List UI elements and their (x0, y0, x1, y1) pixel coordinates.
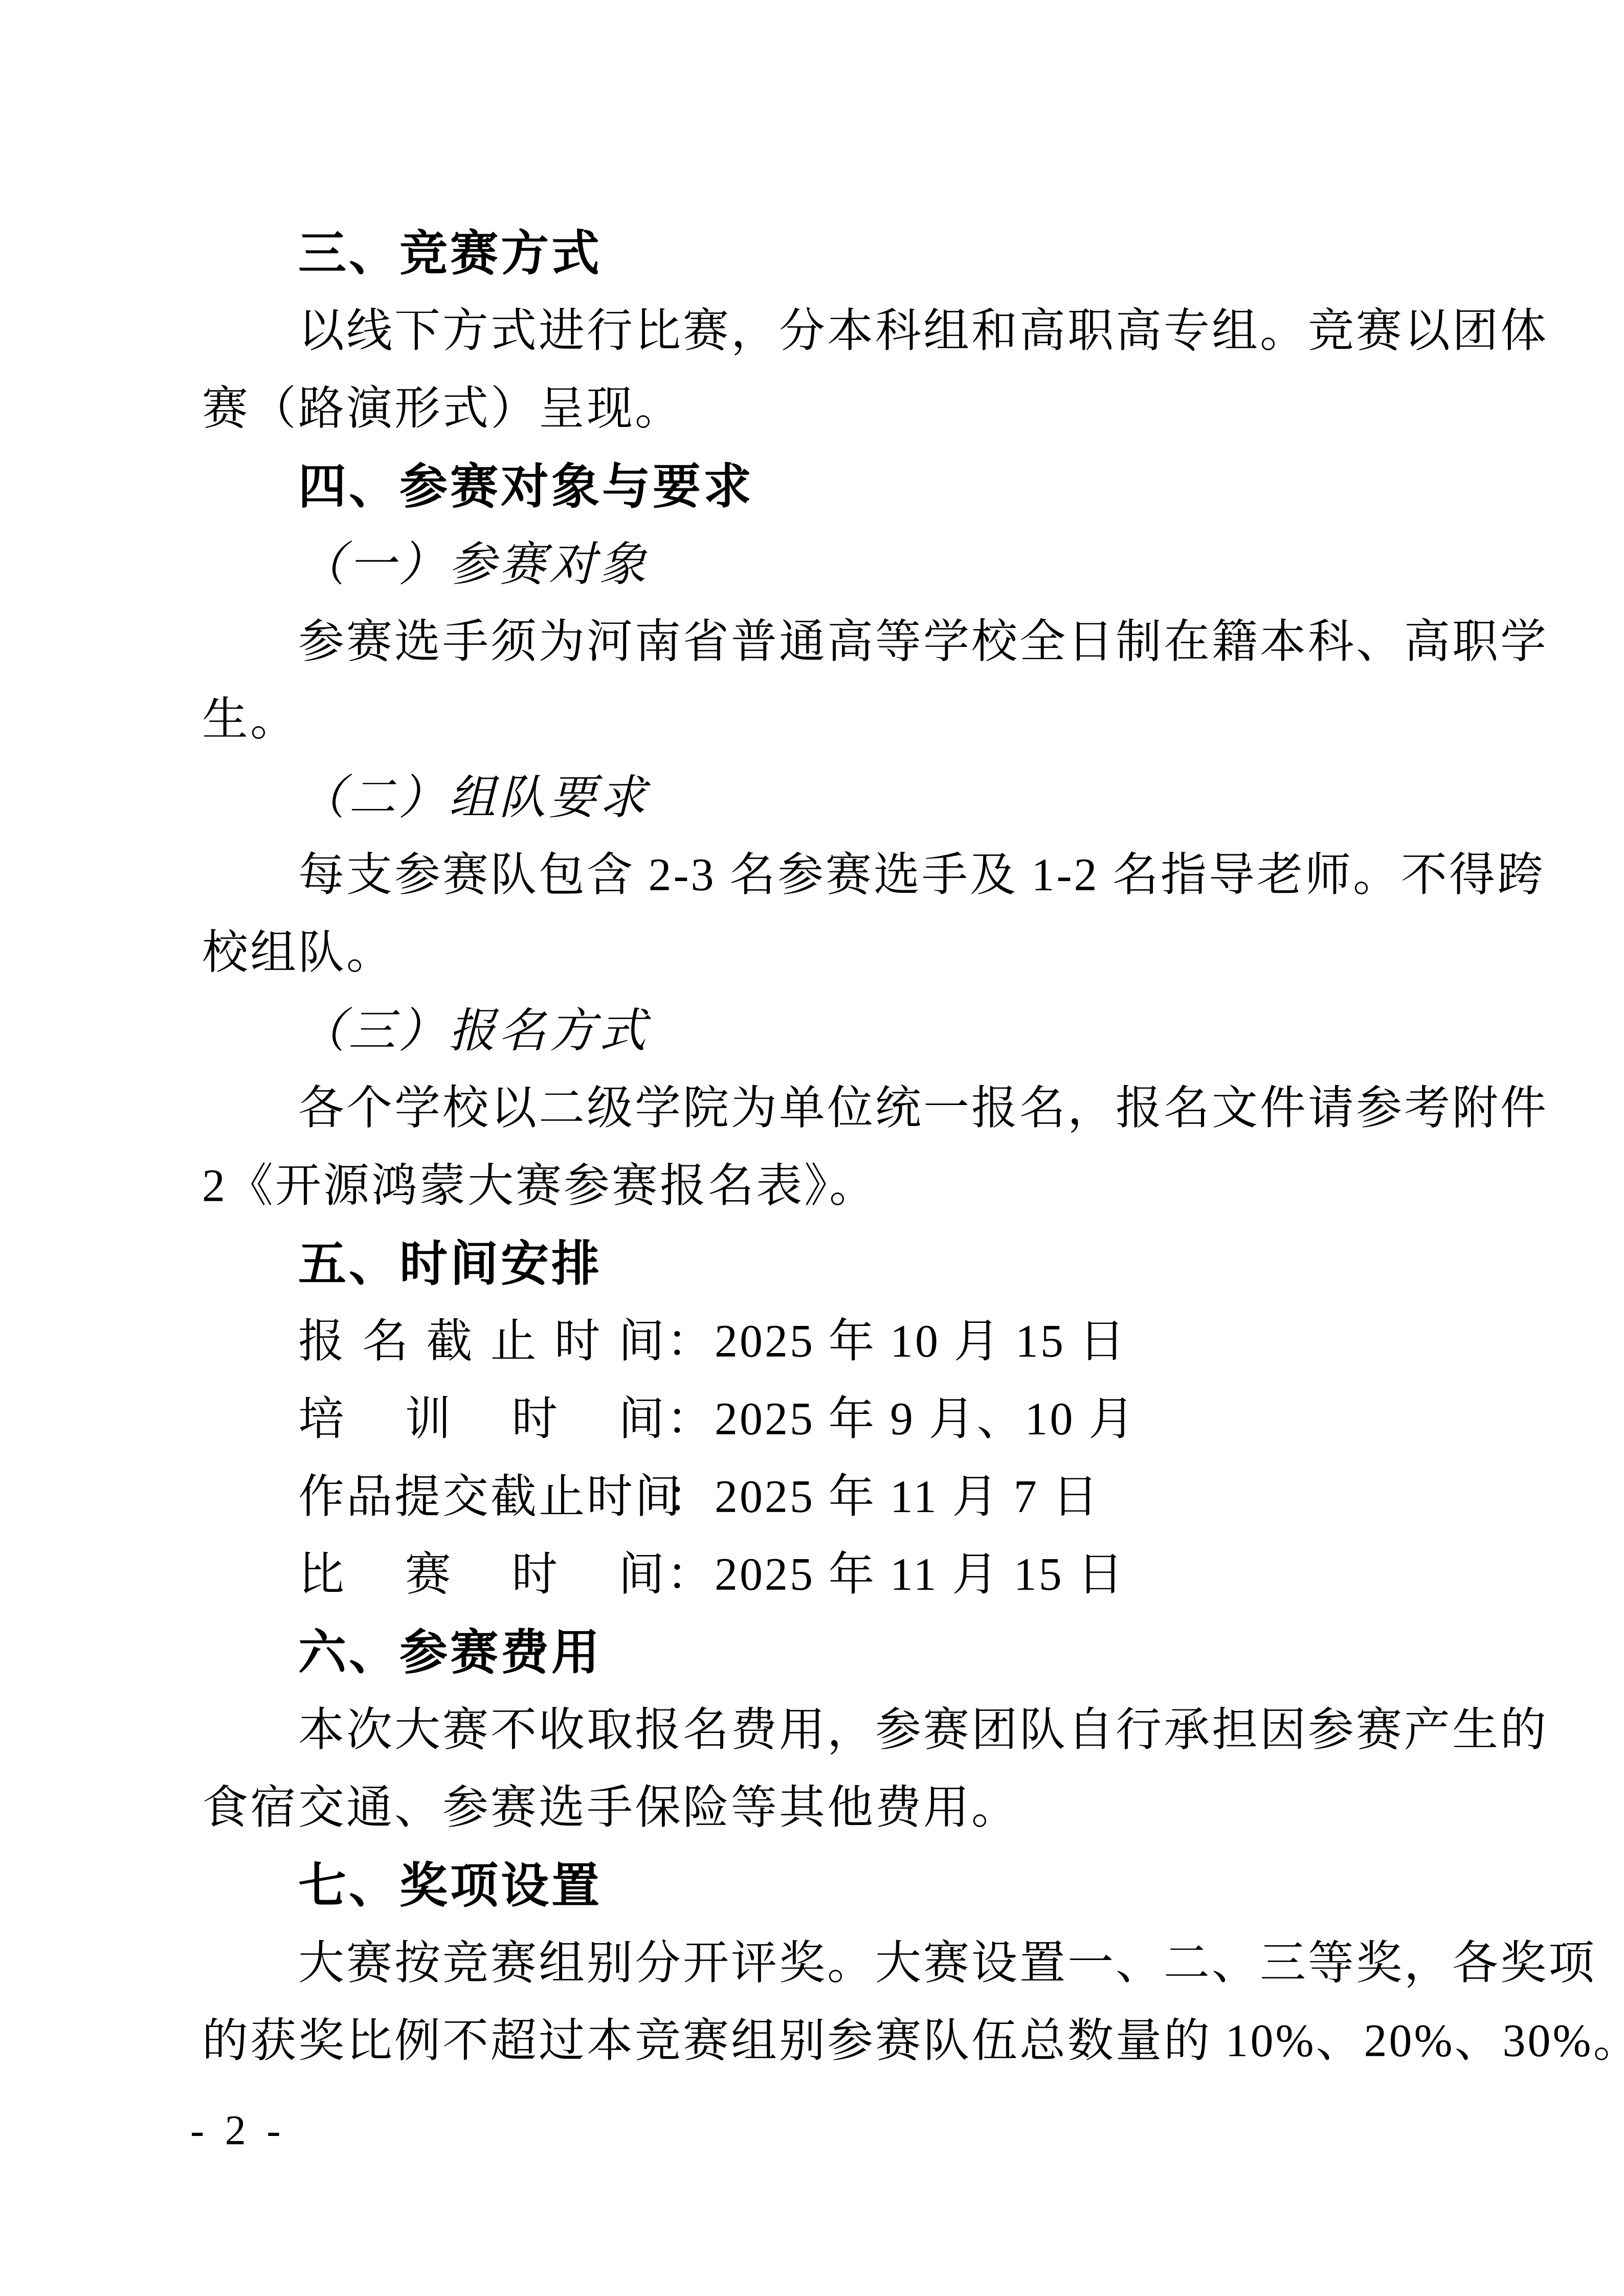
paragraph-line: 生。 (202, 681, 1481, 759)
document-page: 三、竞赛方式 以线下方式进行比赛，分本科组和高职高专组。竞赛以团体 赛（路演形式… (0, 0, 1624, 2296)
subsection-heading-4-1: （一）参赛对象 (202, 526, 1481, 603)
paragraph-line: 参赛选手须为河南省普通高等学校全日制在籍本科、高职学 (202, 603, 1481, 681)
schedule-label: 报名截止时间 (298, 1303, 666, 1381)
schedule-line-competition-time: 比赛时间：2025 年 11 月 15 日 (202, 1536, 1481, 1614)
paragraph-line: 大赛按竞赛组别分开评奖。大赛设置一、二、三等奖，各奖项 (202, 1925, 1481, 2002)
paragraph-line: 食宿交通、参赛选手保险等其他费用。 (202, 1769, 1481, 1847)
schedule-colon: ： (666, 1458, 715, 1536)
subsection-heading-4-3: （三）报名方式 (202, 992, 1481, 1070)
schedule-colon: ： (666, 1303, 715, 1381)
paragraph-line: 的获奖比例不超过本竞赛组别参赛队伍总数量的 10%、20%、30%。 (202, 2002, 1481, 2080)
schedule-value: 2025 年 11 月 7 日 (715, 1472, 1100, 1522)
paragraph-line: 2《开源鸿蒙大赛参赛报名表》。 (202, 1147, 1481, 1225)
paragraph-line: 本次大赛不收取报名费用，参赛团队自行承担因参赛产生的 (202, 1692, 1481, 1769)
paragraph-line: 校组队。 (202, 914, 1481, 992)
schedule-value: 2025 年 11 月 15 日 (715, 1549, 1125, 1600)
schedule-colon: ： (666, 1536, 715, 1614)
section-heading-3: 三、竞赛方式 (202, 215, 1481, 292)
subsection-heading-4-2: （二）组队要求 (202, 759, 1481, 837)
paragraph-line: 各个学校以二级学院为单位统一报名，报名文件请参考附件 (202, 1070, 1481, 1147)
section-heading-5: 五、时间安排 (202, 1225, 1481, 1303)
paragraph-line: 每支参赛队包含 2-3 名参赛选手及 1-2 名指导老师。不得跨 (202, 837, 1481, 914)
schedule-line-training-time: 培训时间：2025 年 9 月、10 月 (202, 1381, 1481, 1458)
section-heading-4: 四、参赛对象与要求 (202, 448, 1481, 526)
paragraph-line: 以线下方式进行比赛，分本科组和高职高专组。竞赛以团体 (202, 292, 1481, 370)
schedule-label: 比赛时间 (298, 1536, 666, 1614)
schedule-label: 作品提交截止时间 (298, 1458, 666, 1536)
schedule-value: 2025 年 9 月、10 月 (715, 1394, 1137, 1445)
paragraph-line: 赛（路演形式）呈现。 (202, 370, 1481, 448)
section-heading-6: 六、参赛费用 (202, 1614, 1481, 1692)
schedule-colon: ： (666, 1381, 715, 1458)
schedule-line-submission-deadline: 作品提交截止时间：2025 年 11 月 7 日 (202, 1458, 1481, 1536)
section-heading-7: 七、奖项设置 (202, 1847, 1481, 1925)
document-body: 三、竞赛方式 以线下方式进行比赛，分本科组和高职高专组。竞赛以团体 赛（路演形式… (202, 215, 1481, 2080)
page-number: - 2 - (190, 2091, 286, 2169)
schedule-label: 培训时间 (298, 1381, 666, 1458)
schedule-line-registration-deadline: 报名截止时间：2025 年 10 月 15 日 (202, 1303, 1481, 1381)
schedule-value: 2025 年 10 月 15 日 (715, 1316, 1127, 1367)
